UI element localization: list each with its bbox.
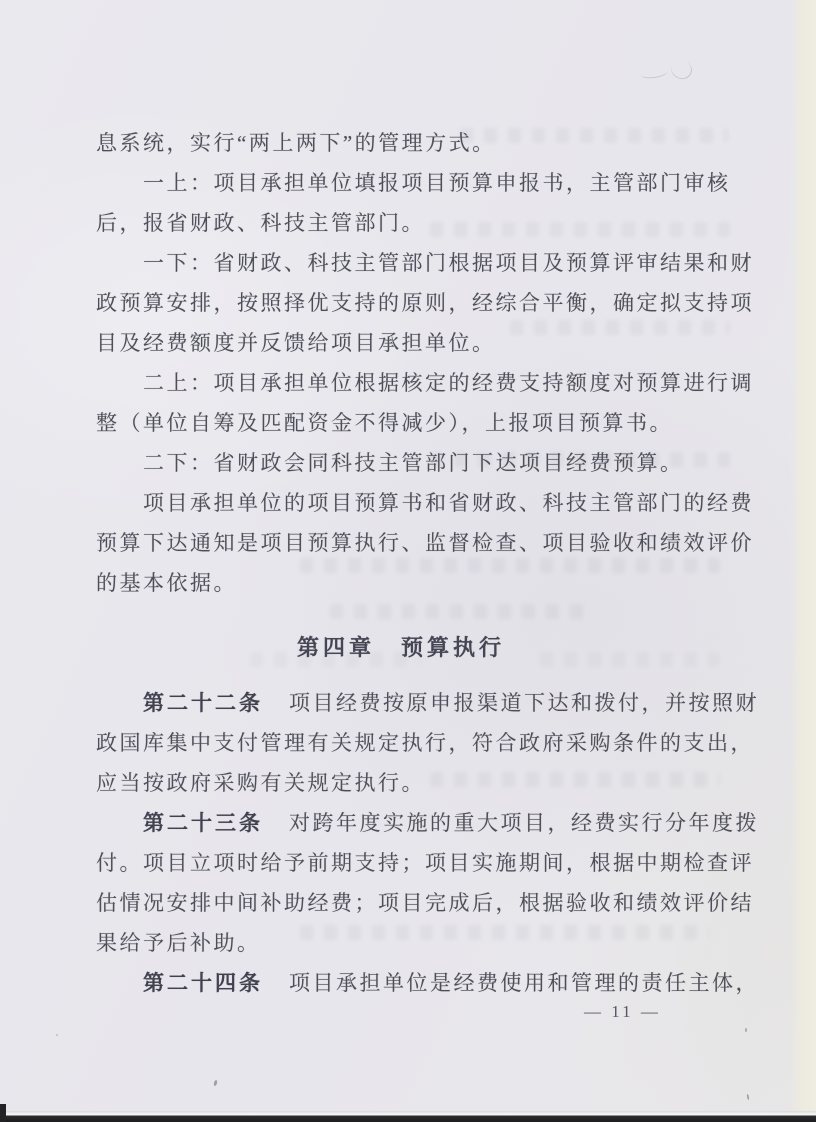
speck-artifact xyxy=(746,1094,749,1100)
text-line: 付。项目立项时给予前期支持；项目实施期间，根据中期检查评 xyxy=(96,843,756,883)
pencil-smudge-artifact xyxy=(640,58,696,86)
body-text-block-2: 第二十二条项目经费按原申报渠道下达和拨付，并按照财 政国库集中支付管理有关规定执… xyxy=(96,683,756,1003)
text-line: 项目承担单位的项目预算书和省财政、科技主管部门的经费 xyxy=(96,483,756,523)
scan-edge-right xyxy=(790,0,816,1122)
article-number: 第二十三条 xyxy=(143,811,263,835)
page-number: — 11 — xyxy=(584,1001,661,1023)
text-line: 果给予后补助。 xyxy=(96,923,756,963)
article-number: 第二十二条 xyxy=(143,691,263,715)
scan-edge-bottom xyxy=(0,1111,816,1122)
article-number: 第二十四条 xyxy=(143,971,263,995)
scan-edge-corner xyxy=(0,1104,6,1122)
text-line: 整（单位自筹及匹配资金不得减少），上报项目预算书。 xyxy=(96,403,756,443)
text-line: 预算下达通知是项目预算执行、监督检查、项目验收和绩效评价 xyxy=(96,523,756,563)
scanned-document-page: 息系统，实行“两上两下”的管理方式。 一上：项目承担单位填报项目预算申报书，主管… xyxy=(0,0,816,1122)
text-line: 的基本依据。 xyxy=(96,563,756,603)
text-line: 一上：项目承担单位填报项目预算申报书，主管部门审核 xyxy=(96,163,756,203)
text-line: 息系统，实行“两上两下”的管理方式。 xyxy=(96,123,756,163)
text-line-article: 第二十二条项目经费按原申报渠道下达和拨付，并按照财 xyxy=(96,683,756,723)
text-line: 目及经费额度并反馈给项目承担单位。 xyxy=(96,323,756,363)
text-line: 二下：省财政会同科技主管部门下达项目经费预算。 xyxy=(96,443,756,483)
text-line-article: 第二十四条项目承担单位是经费使用和管理的责任主体， xyxy=(96,963,756,1003)
chapter-heading: 第四章 预算执行 xyxy=(84,628,718,668)
speck-artifact xyxy=(56,1034,58,1036)
text-line: 应当按政府采购有关规定执行。 xyxy=(96,763,756,803)
speck-artifact xyxy=(745,1028,747,1032)
text-line: 政国库集中支付管理有关规定执行，符合政府采购条件的支出， xyxy=(96,723,756,763)
text-line: 政预算安排，按照择优支持的原则，经综合平衡，确定拟支持项 xyxy=(96,283,756,323)
body-text-block-1: 息系统，实行“两上两下”的管理方式。 一上：项目承担单位填报项目预算申报书，主管… xyxy=(96,123,756,603)
text-line: 二上：项目承担单位根据核定的经费支持额度对预算进行调 xyxy=(96,363,756,403)
text-line: 一下：省财政、科技主管部门根据项目及预算评审结果和财 xyxy=(96,243,756,283)
text-line-article: 第二十三条对跨年度实施的重大项目，经费实行分年度拨 xyxy=(96,803,756,843)
text-line: 估情况安排中间补助经费；项目完成后，根据验收和绩效评价结 xyxy=(96,883,756,923)
speck-artifact xyxy=(213,1080,217,1087)
bleed-through-artifact xyxy=(330,604,590,619)
text-line: 后，报省财政、科技主管部门。 xyxy=(96,203,756,243)
